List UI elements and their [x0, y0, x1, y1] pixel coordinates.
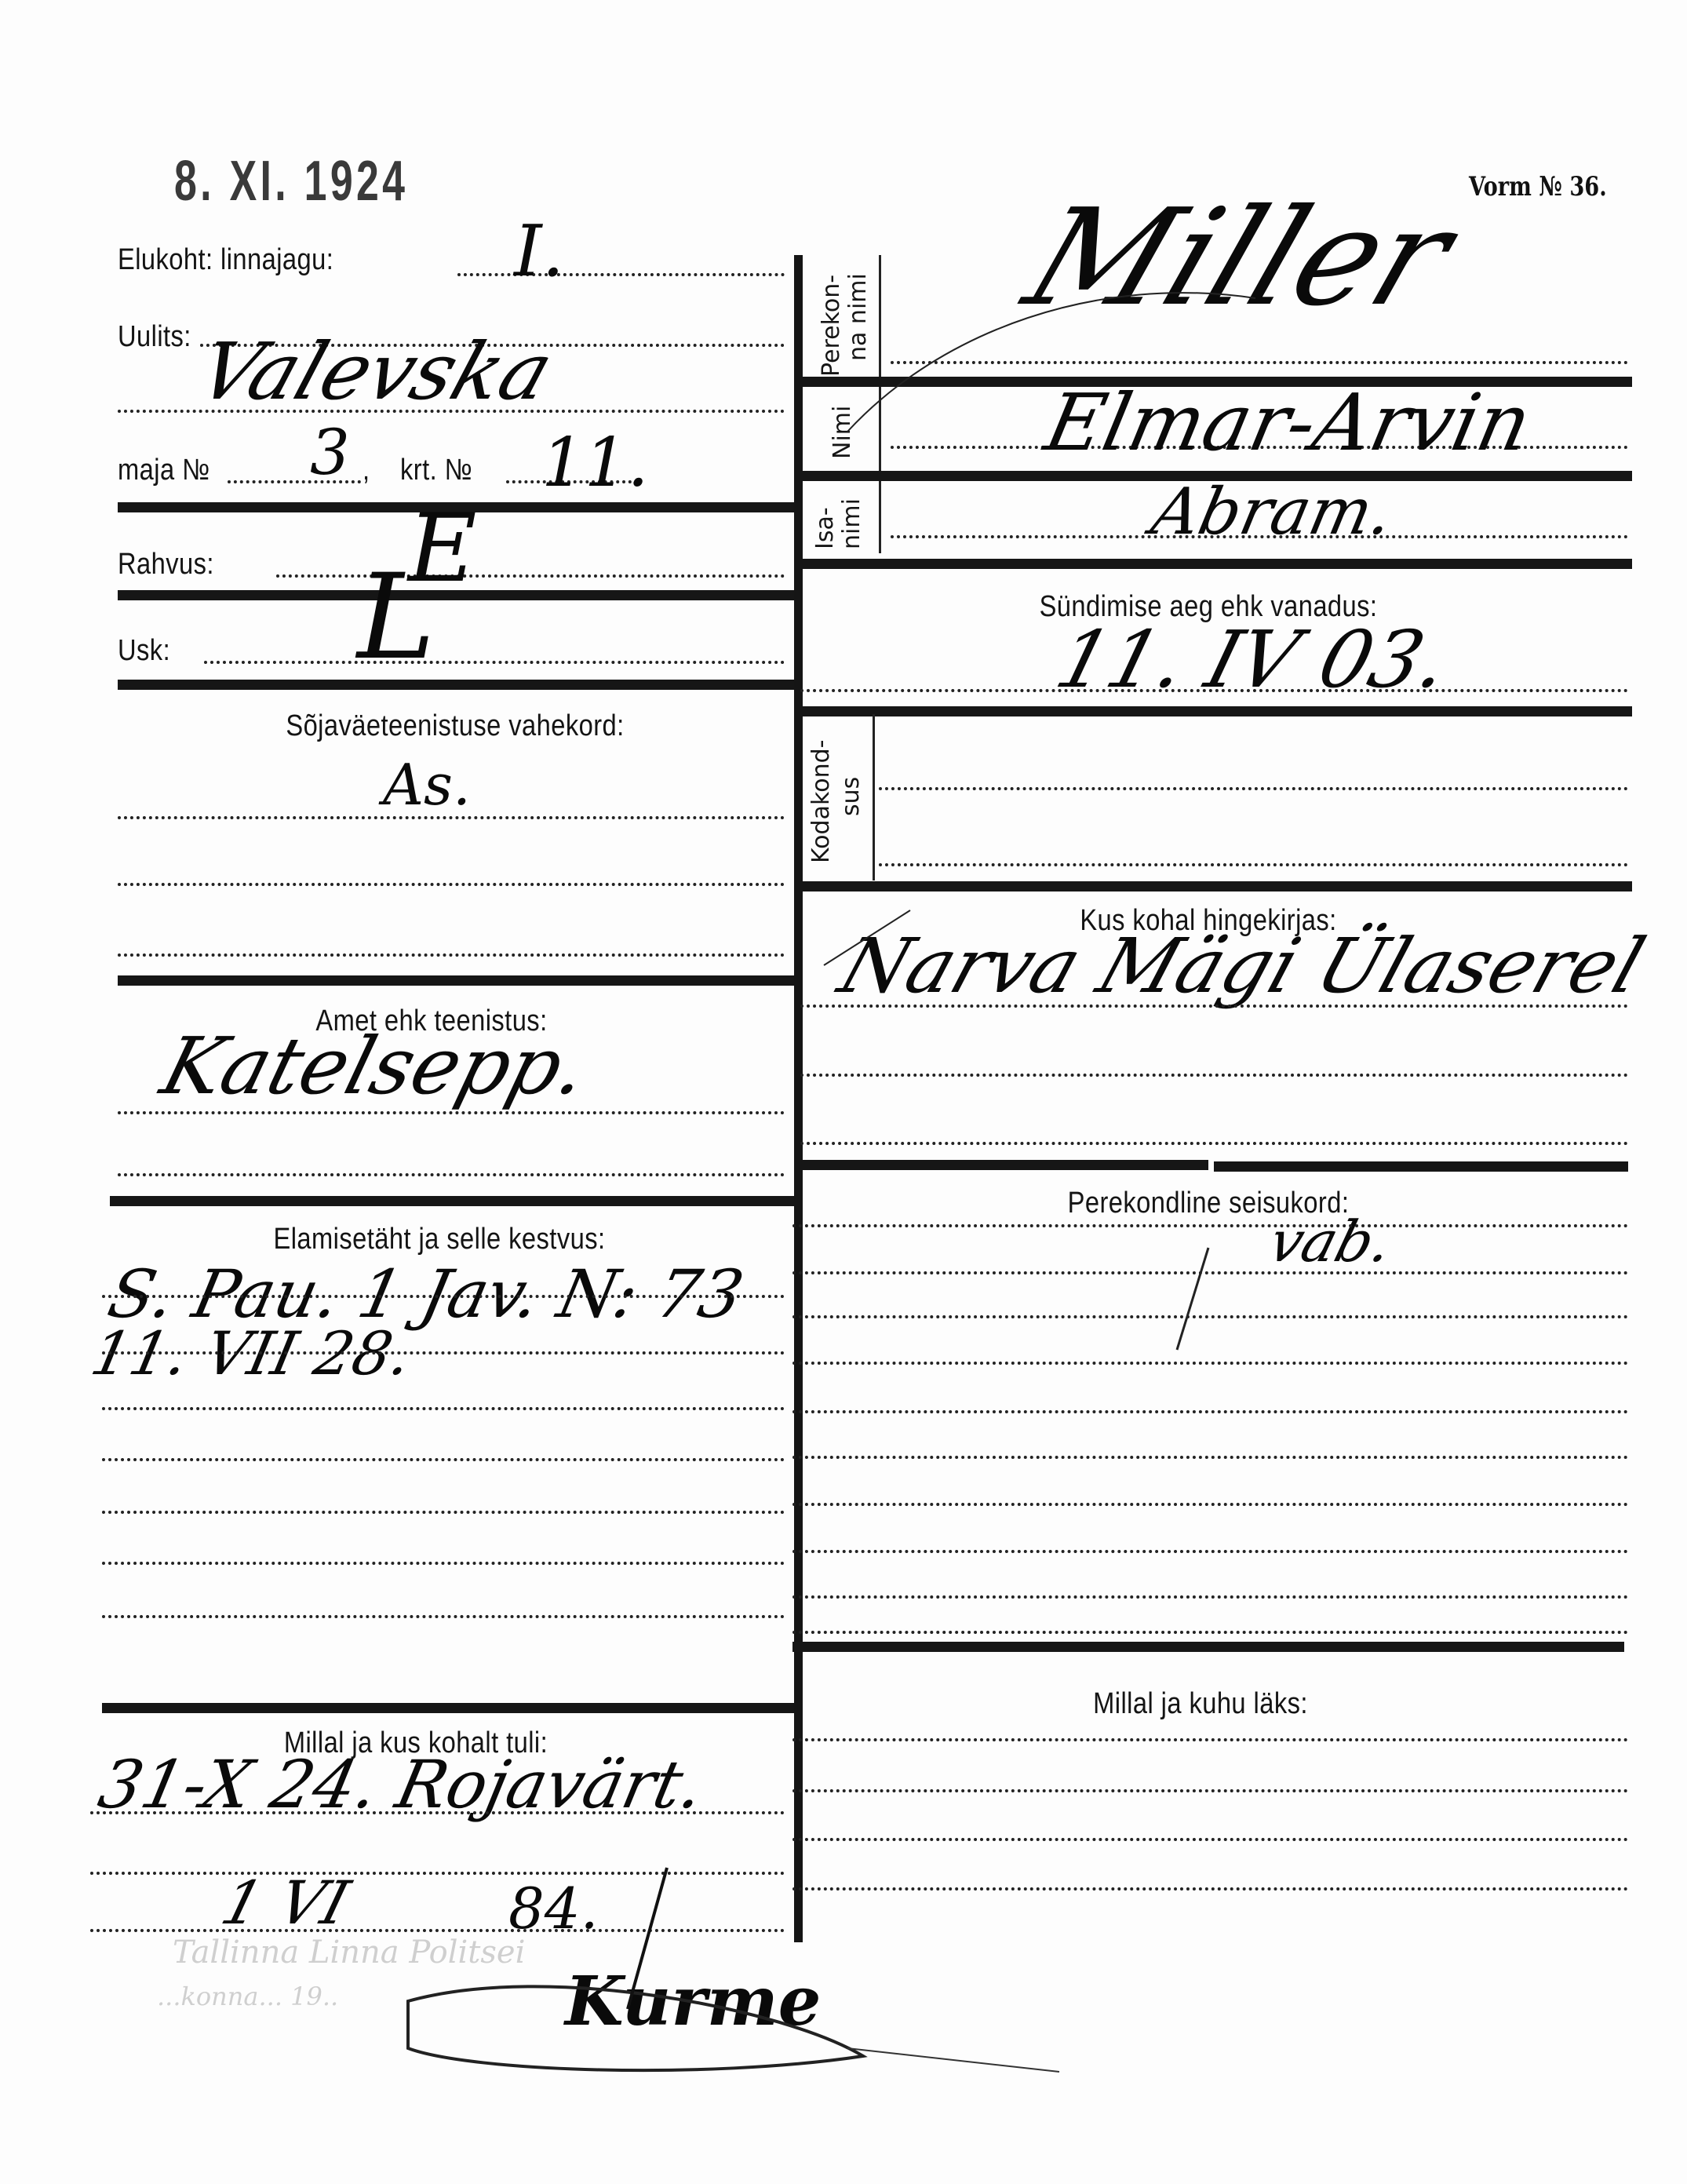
registration-form-page: 8. XI. 1924 Vorm № 36. Elukoht: linnajag… — [0, 0, 1687, 2184]
handwriting-flourishes — [0, 0, 1687, 2184]
